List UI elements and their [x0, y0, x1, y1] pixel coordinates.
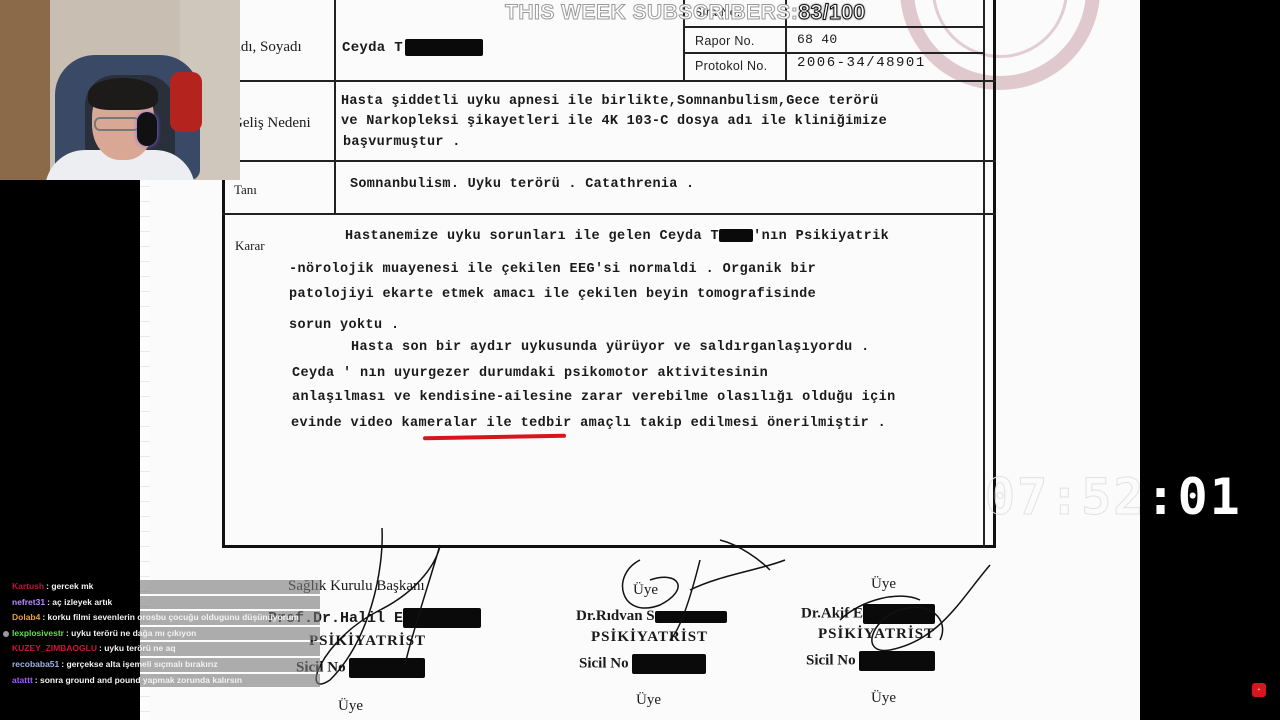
chat-text: : gercek mk [46, 581, 93, 591]
member2-role: PSİKİYATRİST [818, 626, 935, 643]
member2-sicil: Sicil No [806, 651, 935, 671]
sicil-label: Sicil No [806, 652, 856, 668]
name-label: Adı, Soyadı [230, 39, 302, 56]
member2-name-text: Dr.Akif E [801, 605, 863, 621]
subscriber-goal-count: 83/100 [798, 1, 865, 24]
karar-line: -nörolojik muayenesi ile çekilen EEG'si … [289, 262, 816, 277]
chat-text: : uyku terörü ne dağa mı çıkıyon [66, 628, 196, 638]
karar-text: 'nın Psikiyatrik [753, 229, 889, 244]
divider [222, 213, 996, 215]
chat-text: : sonra ground and pound yapmak zorunda … [35, 675, 242, 685]
chat-message: recobaba51: gerçekse alta işemeli sıçmal… [0, 657, 320, 673]
redaction-bar [403, 608, 481, 628]
karar-line: Ceyda ' nın uyurgezer durumdaki psikomot… [292, 366, 768, 381]
chat-username[interactable]: KUZEY_ZIMBAOGLU [12, 643, 97, 653]
member1-name: Dr.Rıdvan S [576, 608, 727, 625]
member-label: Üye [633, 582, 658, 599]
backpack [170, 72, 202, 132]
sicil-label: Sicil No [579, 655, 629, 671]
chat-row-background [140, 596, 320, 610]
timer-seconds: :01 [1146, 468, 1242, 526]
karar-text: Hastanemize uyku sorunları ile gelen Cey… [345, 229, 719, 244]
member-label: Üye [871, 690, 896, 707]
chat-text: : uyku terörü ne aq [99, 643, 176, 653]
chat-message: lexplosivestr: uyku terörü ne dağa mı çı… [0, 626, 320, 642]
redaction-bar [405, 39, 483, 56]
member-label: Üye [636, 692, 661, 709]
member-label: Üye [338, 698, 363, 715]
gelis-nedeni-line: Hasta şiddetli uyku apnesi ile birlikte,… [341, 94, 879, 109]
karar-label: Karar [235, 238, 265, 254]
divider [683, 26, 983, 28]
chat-username[interactable]: Dolab4 [12, 612, 40, 622]
timer-hours-minutes: 07:52 [985, 468, 1146, 526]
webcam-feed [0, 0, 240, 180]
member1-name-text: Dr.Rıdvan S [576, 608, 655, 624]
right-letterbox [1140, 0, 1280, 720]
redaction-bar [719, 229, 753, 242]
karar-line: Hasta son bir aydır uykusunda yürüyor ve… [351, 340, 870, 355]
divider [983, 0, 985, 548]
headset-icon [137, 112, 157, 146]
member-label: Üye [871, 576, 896, 593]
protokol-value: 2006-34/48901 [797, 55, 926, 71]
chat-message-content: lexplosivestr: uyku terörü ne dağa mı çı… [0, 628, 196, 638]
rapor-value: 68 40 [797, 32, 838, 47]
divider [222, 160, 996, 162]
divider [683, 52, 983, 54]
chat-message: KUZEY_ZIMBAOGLU: uyku terörü ne aq [0, 641, 320, 657]
karar-text: tedbir amaçlı takip edilmesi önerilmişti… [512, 416, 886, 431]
chat-message-content: KUZEY_ZIMBAOGLU: uyku terörü ne aq [0, 643, 176, 653]
streamer-hair [88, 78, 158, 110]
chat-message-content: Dolab4: korku filmi sevenlerin orosbu ço… [0, 612, 299, 622]
glasses [94, 117, 140, 131]
chat-message-content: nefret31: aç izleyek artık [0, 597, 112, 607]
channel-logo-icon: + [1252, 683, 1266, 697]
member1-sicil: Sicil No [579, 654, 706, 674]
redaction-bar [349, 658, 425, 678]
subscriber-goal-label: THIS WEEK SUBSCRIBERS: [505, 1, 798, 24]
chat-message: nefret31: aç izleyek artık [0, 595, 320, 611]
stream-timer: 07:52:01 [985, 468, 1242, 526]
chat-text: : gerçekse alta işemeli sıçmalı bırakırı… [61, 659, 217, 669]
chat-message: Kartush: gercek mk [0, 579, 320, 595]
chair-role: PSİKİYATRİST [309, 633, 426, 650]
chat-message-content: atattt: sonra ground and pound yapmak zo… [0, 675, 242, 685]
chat-message: atattt: sonra ground and pound yapmak zo… [0, 673, 320, 689]
karar-line: evinde video kameralar ile tedbir amaçlı… [291, 416, 886, 431]
tani-label: Tanı [234, 182, 257, 198]
chat-username[interactable]: Kartush [12, 581, 44, 591]
gelis-nedeni-line: ve Narkopleksi şikayetleri ile 4K 103-C … [341, 114, 887, 129]
chat-username[interactable]: recobaba51 [12, 659, 59, 669]
chat-badge-icon [3, 631, 9, 637]
divider [334, 0, 336, 82]
protokol-label: Protokol No. [695, 59, 767, 73]
karar-line: anlaşılması ve kendisine-ailesine zarar … [292, 390, 896, 405]
karar-line: patolojiyi ekarte etmek amacı ile çekile… [289, 287, 816, 302]
chat-row-background [140, 580, 320, 594]
gelis-nedeni-label: Geliş Nedeni [232, 115, 311, 132]
redaction-bar [632, 654, 706, 674]
chat-message-content: recobaba51: gerçekse alta işemeli sıçmal… [0, 659, 218, 669]
redaction-bar [655, 611, 727, 623]
highlighted-text: kameralar ile [402, 416, 513, 431]
chat-message-content: Kartush: gercek mk [0, 581, 93, 591]
divider [334, 80, 336, 215]
redaction-bar [859, 651, 935, 671]
subscriber-goal: THIS WEEK SUBSCRIBERS:83/100 [505, 1, 866, 25]
divider [222, 80, 996, 82]
chat-message: Dolab4: korku filmi sevenlerin orosbu ço… [0, 610, 320, 626]
karar-line: sorun yoktu . [289, 318, 400, 333]
chat-username[interactable]: nefret31 [12, 597, 45, 607]
gelis-nedeni-line: başvurmuştur . [343, 135, 461, 150]
chat-text: : aç izleyek artık [47, 597, 112, 607]
member1-role: PSİKİYATRİST [591, 629, 708, 646]
member2-name: Dr.Akif E [801, 604, 935, 624]
chat-text: : korku filmi sevenlerin orosbu çocuğu o… [42, 612, 298, 622]
patient-name: Ceyda T [342, 40, 403, 56]
chat-username[interactable]: lexplosivestr [12, 628, 64, 638]
chat-overlay: Kartush: gercek mknefret31: aç izleyek a… [0, 579, 320, 688]
chat-username[interactable]: atattt [12, 675, 33, 685]
name-value: Ceyda T [342, 39, 483, 56]
redaction-bar [863, 604, 935, 624]
tani-value: Somnanbulism. Uyku terörü . Catathrenia … [350, 177, 694, 192]
karar-line: Hastanemize uyku sorunları ile gelen Cey… [345, 229, 889, 244]
karar-text: evinde video [291, 416, 402, 431]
rapor-label: Rapor No. [695, 34, 755, 48]
